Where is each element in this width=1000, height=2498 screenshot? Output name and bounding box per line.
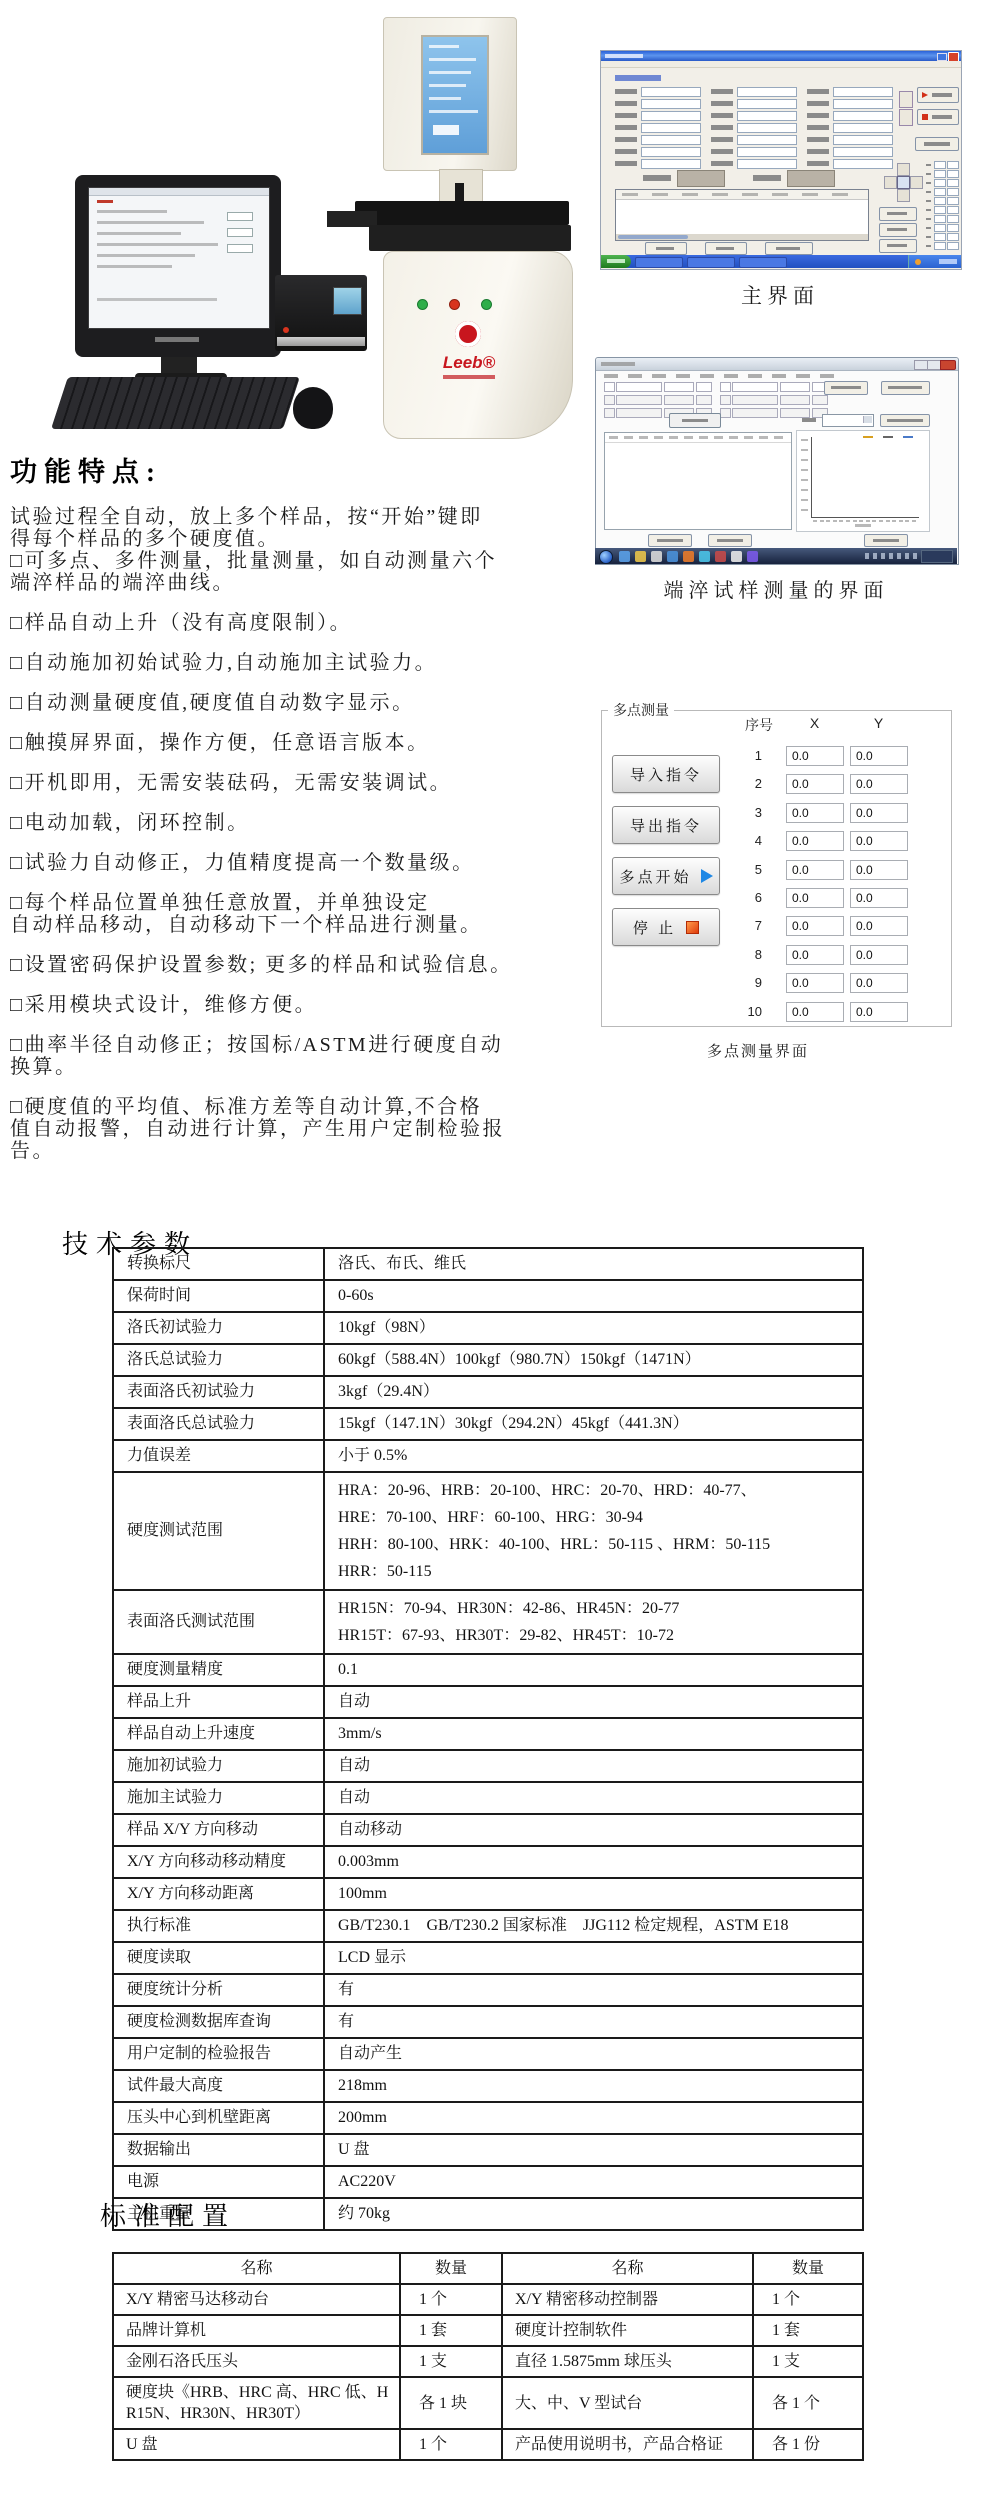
code-input[interactable] [664, 395, 694, 405]
side-box [227, 228, 253, 237]
y-tick-label [801, 509, 808, 511]
tech-param-name: 试件最大高度 [113, 2070, 324, 2102]
mp-x-input[interactable]: 0.0 [786, 945, 844, 965]
mini-y-input[interactable] [947, 197, 959, 205]
pc-monitor-brand [155, 337, 199, 342]
mp-x-input[interactable]: 0.0 [786, 916, 844, 936]
taskbar-button[interactable] [739, 257, 787, 268]
x-tick-label [899, 520, 903, 522]
y-tick-label [801, 459, 808, 461]
mini-x-input[interactable] [934, 242, 946, 250]
text-input[interactable] [833, 135, 893, 145]
config-item-name: 大、中、V 型试台 [502, 2377, 753, 2429]
tech-param-name: 施加初试验力 [113, 1750, 324, 1782]
mini-y-input[interactable] [947, 215, 959, 223]
mp-y-input[interactable]: 0.0 [850, 945, 908, 965]
mp-row-number: 3 [736, 805, 762, 820]
text-input[interactable] [737, 99, 797, 109]
tech-param-row: 硬度检测数据库查询有 [113, 2006, 863, 2038]
mini-y-input[interactable] [947, 188, 959, 196]
material-input[interactable] [616, 395, 662, 405]
tech-param-value: 自动移动 [324, 1814, 863, 1846]
mini-x-input[interactable] [934, 170, 946, 178]
mini-y-input[interactable] [947, 233, 959, 241]
text-input[interactable] [833, 159, 893, 169]
group-label [615, 75, 661, 81]
controller-strip [277, 337, 365, 346]
play-icon [701, 869, 713, 883]
taskbar-icons[interactable] [619, 551, 819, 562]
mp-x-input[interactable]: 0.0 [786, 774, 844, 794]
code-input[interactable] [780, 382, 810, 392]
text-input[interactable] [833, 99, 893, 109]
tech-param-value: 自动 [324, 1782, 863, 1814]
tech-param-value-line: HRE：70-100、HRF：60-100、HRG：30-94 [338, 1504, 854, 1531]
text-input[interactable] [641, 147, 701, 157]
tech-param-row: 样品自动上升速度3mm/s [113, 1718, 863, 1750]
import-points-button[interactable] [879, 223, 917, 237]
tech-param-name: 表面洛氏测试范围 [113, 1590, 324, 1654]
material-input[interactable] [732, 395, 778, 405]
mp-x-input[interactable]: 0.0 [786, 973, 844, 993]
tech-param-value: 60kgf（588.4N）100kgf（980.7N）150kgf（1471N） [324, 1344, 863, 1376]
taskbar-button[interactable] [635, 257, 683, 268]
export-points-button[interactable] [879, 239, 917, 253]
mp-row-number: 10 [736, 1004, 762, 1019]
mini-x-input[interactable] [934, 206, 946, 214]
mp-x-input[interactable]: 0.0 [786, 1002, 844, 1022]
label-blur [656, 247, 674, 250]
text-line-blur [97, 221, 204, 224]
y-tick-label [801, 439, 808, 441]
config-item-qty: 1 个 [400, 2284, 502, 2315]
screen-line [429, 110, 478, 113]
start-test-button[interactable] [669, 413, 721, 428]
text-input[interactable] [641, 159, 701, 169]
screen-line [429, 84, 466, 87]
controller-led [283, 327, 289, 333]
tech-param-value-line: HRR：50-115 [338, 1558, 854, 1585]
config-item-name: 品牌计算机 [113, 2315, 400, 2346]
tech-param-value: 0.003mm [324, 1846, 863, 1878]
tech-param-value: 小于 0.5% [324, 1440, 863, 1472]
taskbar-app-icon[interactable] [635, 551, 646, 562]
tech-param-row: 硬度测量精度0.1 [113, 1654, 863, 1686]
import-commands-button[interactable]: 导入指令 [612, 755, 720, 793]
field-label [615, 161, 637, 166]
controller-screen [333, 287, 362, 315]
column-header-blur [772, 193, 788, 196]
text-input[interactable] [641, 123, 701, 133]
tech-param-row: 洛氏总试验力60kgf（588.4N）100kgf（980.7N）150kgf（… [113, 1344, 863, 1376]
button-label: 导入指令 [630, 764, 702, 785]
bottom-row-blur [97, 298, 217, 301]
calibrate-button[interactable] [915, 137, 959, 151]
mini-y-input[interactable] [947, 224, 959, 232]
move-up-button[interactable] [899, 91, 913, 108]
form-header-blur [724, 374, 738, 378]
tech-param-name: 洛氏初试验力 [113, 1312, 324, 1344]
form-header-blur [652, 374, 666, 378]
label-blur [887, 419, 923, 422]
field-label [711, 149, 733, 154]
stop-icon [922, 114, 928, 120]
maximize-icon[interactable] [937, 53, 947, 61]
xp-start-button[interactable] [601, 255, 631, 268]
multipoint-start-button[interactable]: 多点开始 [612, 857, 720, 895]
parameter-form [615, 87, 901, 173]
clock [939, 259, 957, 264]
config-heading: 标准配置 [100, 2196, 236, 2233]
feature-item: □自动测量硬度值,硬度值自动数字显示。 [10, 692, 558, 714]
label-blur [682, 419, 708, 422]
tester-screen [421, 35, 489, 155]
config-item-name: 硬度计控制软件 [502, 2315, 753, 2346]
stop-button[interactable] [917, 109, 959, 125]
mp-row-number: 7 [736, 918, 762, 933]
field-label [615, 125, 637, 130]
x-tick-label [879, 520, 883, 522]
x-tick-label [820, 520, 824, 522]
tech-param-value: 有 [324, 2006, 863, 2038]
mini-x-input[interactable] [934, 179, 946, 187]
taskbar-app-icon[interactable] [667, 551, 678, 562]
standard-block-button[interactable] [881, 381, 930, 395]
label-blur [873, 539, 899, 542]
teach-button[interactable] [879, 207, 917, 221]
config-item-qty: 各 1 份 [753, 2429, 863, 2460]
jog-center-button[interactable] [897, 176, 910, 189]
label-blur [888, 386, 922, 389]
mini-x-input[interactable] [934, 224, 946, 232]
mp-column-header: X [786, 715, 843, 731]
print-button[interactable] [705, 242, 747, 255]
taskbar-buttons[interactable] [635, 257, 835, 266]
tech-param-row: 用户定制的检验报告自动产生 [113, 2038, 863, 2070]
text-input[interactable] [641, 111, 701, 121]
mp-y-input[interactable]: 0.0 [850, 831, 908, 851]
mini-x-input[interactable] [934, 188, 946, 196]
results-table[interactable] [615, 189, 869, 241]
mini-x-input[interactable] [934, 161, 946, 169]
tech-param-value: 3mm/s [324, 1718, 863, 1750]
start-button[interactable] [917, 87, 959, 103]
form-header-blur [796, 374, 810, 378]
mp-row-number: 5 [736, 862, 762, 877]
form-header-blur [604, 374, 618, 378]
material-input[interactable] [616, 382, 662, 392]
tech-param-value: 自动产生 [324, 2038, 863, 2070]
tech-param-name: 表面洛氏初试验力 [113, 1376, 324, 1408]
h-scrollbar[interactable] [616, 234, 868, 240]
export-commands-button[interactable]: 导出指令 [612, 806, 720, 844]
jog-right-button[interactable] [910, 176, 923, 189]
tech-param-value: GB/T230.1 GB/T230.2 国家标准 JJG112 检定规程，AST… [324, 1910, 863, 1942]
mouse [293, 387, 333, 429]
field-label [711, 101, 733, 106]
field-label [807, 125, 829, 130]
tech-param-value: 洛氏、布氏、维氏 [324, 1248, 863, 1280]
text-input[interactable] [737, 123, 797, 133]
stop-label-blur [932, 115, 952, 119]
xp-tray [908, 255, 961, 268]
column-header-blur [699, 436, 708, 439]
tech-param-value: 200mm [324, 2102, 863, 2134]
status-led-red [449, 299, 460, 310]
config-row: 硬度块《HRB、HRC 高、HRC 低、HR15N、HR30N、HR30T）各 … [113, 2377, 863, 2429]
tech-param-value: 15kgf（147.1N）30kgf（294.2N）45kgf（441.3N） [324, 1408, 863, 1440]
mini-x-input[interactable] [934, 215, 946, 223]
row-index-box [604, 395, 615, 405]
tech-param-name: 样品自动上升速度 [113, 1718, 324, 1750]
y-tick-label [801, 499, 808, 501]
w2-titlebar[interactable] [596, 358, 958, 371]
leeb-logo-subtext [443, 375, 495, 379]
field-label [807, 137, 829, 142]
mp-x-input[interactable]: 0.0 [786, 746, 844, 766]
taskbar-button[interactable] [687, 257, 735, 268]
text-input[interactable] [737, 111, 797, 121]
field-label [807, 89, 829, 94]
row-number-blur [926, 209, 931, 211]
text-input[interactable] [737, 159, 797, 169]
legend-swatch [903, 436, 913, 438]
red-text-blur [97, 200, 113, 203]
mp-y-input[interactable]: 0.0 [850, 888, 908, 908]
tech-param-row: 硬度读取LCD 显示 [113, 1942, 863, 1974]
text-input[interactable] [833, 111, 893, 121]
tech-param-row: 样品 X/Y 方向移动自动移动 [113, 1814, 863, 1846]
report-button[interactable] [765, 242, 813, 255]
material-condition-button[interactable] [824, 381, 868, 395]
stop-icon [686, 921, 699, 934]
tech-param-value-line: HR15T：67-93、HR30T：29-82、HR45T：10-72 [338, 1622, 854, 1649]
field-label [807, 161, 829, 166]
text-input[interactable] [833, 123, 893, 133]
label-blur [831, 386, 861, 389]
mp-y-input[interactable]: 0.0 [850, 1002, 908, 1022]
material-input[interactable] [732, 382, 778, 392]
taskbar-app-icon[interactable] [715, 551, 726, 562]
tester-base [383, 251, 573, 439]
form-header-blur [676, 374, 690, 378]
jog-down-button[interactable] [897, 189, 910, 202]
stop-button[interactable]: 停 止 [612, 908, 720, 946]
legend-swatch [883, 436, 893, 438]
mp-y-input[interactable]: 0.0 [850, 803, 908, 823]
legend-swatch [863, 436, 873, 438]
row-index-box [720, 408, 731, 418]
jominy-ui-screenshot [595, 357, 959, 565]
row-number-blur [926, 236, 931, 238]
tech-param-value: 100mm [324, 1878, 863, 1910]
screen-value-box [433, 125, 459, 135]
mp-y-input[interactable]: 0.0 [850, 973, 908, 993]
count-input[interactable] [696, 395, 712, 405]
main-ui-titlebar[interactable] [601, 51, 961, 61]
config-item-name: 硬度块《HRB、HRC 高、HRC 低、HR15N、HR30N、HR30T） [113, 2377, 400, 2429]
move-down-button[interactable] [899, 109, 913, 126]
main-ui-title-text [605, 54, 643, 58]
pc-monitor-screen [88, 187, 270, 329]
text-input[interactable] [737, 135, 797, 145]
keyboard [51, 377, 300, 429]
mp-y-input[interactable]: 0.0 [850, 916, 908, 936]
code-input[interactable] [780, 408, 810, 418]
field-label [711, 137, 733, 142]
code-input[interactable] [780, 395, 810, 405]
tech-param-row: 施加主试验力自动 [113, 1782, 863, 1814]
label-blur [887, 212, 907, 215]
delete-record-button[interactable] [648, 534, 692, 547]
feature-item: □设置密码保护设置参数; 更多的样品和试验信息。 [10, 954, 558, 976]
taskbar-app-icon[interactable] [651, 551, 662, 562]
tech-param-row: 保荷时间0-60s [113, 1280, 863, 1312]
status-led-green-2 [481, 299, 492, 310]
material-input[interactable] [732, 408, 778, 418]
mp-row-number: 2 [736, 776, 762, 791]
column-header-blur [714, 436, 723, 439]
row-number-blur [926, 218, 931, 220]
tech-param-name: 力值误差 [113, 1440, 324, 1472]
tech-params-table: 转换标尺洛氏、布氏、维氏保荷时间0-60s洛氏初试验力10kgf（98N）洛氏总… [112, 1247, 864, 2231]
mp-x-input[interactable]: 0.0 [786, 888, 844, 908]
text-input[interactable] [833, 147, 893, 157]
column-header-blur [742, 193, 758, 196]
mp-y-input[interactable]: 0.0 [850, 746, 908, 766]
field-label [711, 161, 733, 166]
xy-stage-plate [369, 225, 571, 251]
x-tick-label [833, 520, 837, 522]
taskbar-app-icon[interactable] [683, 551, 694, 562]
text-input[interactable] [641, 135, 701, 145]
text-input[interactable] [641, 99, 701, 109]
close-icon[interactable] [940, 360, 956, 370]
mini-y-input[interactable] [947, 170, 959, 178]
product-photo: Leeb® [25, 5, 570, 445]
button-label: 导出指令 [630, 815, 702, 836]
row-index-box [604, 382, 615, 392]
taskbar-app-icon[interactable] [731, 551, 742, 562]
multipoint-caption: 多点测量界面 [600, 1040, 916, 1061]
mp-x-input[interactable]: 0.0 [786, 803, 844, 823]
x-tick-label [853, 520, 857, 522]
export-record-button[interactable] [708, 534, 752, 547]
x-tick-label [872, 520, 876, 522]
product-datasheet-page: Leeb® [0, 0, 1000, 2498]
y-tick-label [801, 489, 808, 491]
config-row: X/Y 精密马达移动台1 个X/Y 精密移动控制器1 个 [113, 2284, 863, 2315]
material-input[interactable] [616, 408, 662, 418]
y-axis [811, 437, 812, 517]
row-number-blur [926, 245, 931, 247]
tech-param-name: 硬度读取 [113, 1942, 324, 1974]
jog-left-button[interactable] [884, 176, 897, 189]
multipoint-title: 多点测量 [608, 700, 674, 720]
tech-param-row: 数据输出U 盘 [113, 2134, 863, 2166]
mp-y-input[interactable]: 0.0 [850, 774, 908, 794]
tech-param-value: 10kgf（98N） [324, 1312, 863, 1344]
draw-curve-button[interactable] [880, 414, 930, 427]
mp-x-input[interactable]: 0.0 [786, 860, 844, 880]
tech-param-row: 洛氏初试验力10kgf（98N） [113, 1312, 863, 1344]
text-line-blur [97, 254, 195, 257]
tech-param-value: HRA：20-96、HRB：20-100、HRC：20-70、HRD：40-77… [324, 1472, 863, 1590]
mini-x-input[interactable] [934, 197, 946, 205]
config-table: 名称数量名称数量 X/Y 精密马达移动台1 个X/Y 精密移动控制器1 个品牌计… [112, 2252, 864, 2461]
text-input[interactable] [641, 87, 701, 97]
config-column-header: 数量 [753, 2253, 863, 2284]
row-index-box [604, 408, 615, 418]
jominy-results-table[interactable] [604, 432, 792, 530]
save-button[interactable] [645, 242, 687, 255]
x-tick-label [866, 520, 870, 522]
count-input[interactable] [696, 382, 712, 392]
count-input[interactable] [812, 395, 828, 405]
text-line-blur [97, 243, 218, 246]
minimize-icon[interactable] [914, 360, 928, 370]
start-orb-icon[interactable] [599, 550, 613, 564]
field-label [615, 113, 637, 118]
main-ui-caption: 主界面 [600, 280, 960, 310]
sample-value-box [787, 170, 835, 187]
text-input[interactable] [833, 87, 893, 97]
scrollbar-thumb[interactable] [618, 235, 688, 239]
menu-bar[interactable] [601, 61, 961, 68]
taskbar-app-icon[interactable] [619, 551, 630, 562]
config-column-header: 名称 [502, 2253, 753, 2284]
config-row: 品牌计算机1 套硬度计控制软件1 套 [113, 2315, 863, 2346]
mp-y-input[interactable]: 0.0 [850, 860, 908, 880]
tech-param-name: 硬度统计分析 [113, 1974, 324, 2006]
mp-x-input[interactable]: 0.0 [786, 831, 844, 851]
mini-y-input[interactable] [947, 161, 959, 169]
maximize-icon[interactable] [927, 360, 941, 370]
text-input[interactable] [737, 147, 797, 157]
mini-x-input[interactable] [934, 233, 946, 241]
number-dropdown[interactable] [822, 414, 874, 427]
tech-param-value: LCD 显示 [324, 1942, 863, 1974]
y-tick-label [801, 449, 808, 451]
export-curve-button[interactable] [864, 534, 908, 547]
win7-taskbar[interactable] [595, 548, 957, 564]
tech-param-value: 0-60s [324, 1280, 863, 1312]
taskbar-app-icon[interactable] [747, 551, 758, 562]
tech-param-value: AC220V [324, 2166, 863, 2198]
taskbar-app-icon[interactable] [699, 551, 710, 562]
text-input[interactable] [737, 87, 797, 97]
tech-param-row: 硬度统计分析有 [113, 1974, 863, 2006]
mini-y-input[interactable] [947, 242, 959, 250]
config-item-name: 金刚石洛氏压头 [113, 2346, 400, 2377]
xy-stage [355, 201, 569, 225]
tray-icons [865, 553, 917, 559]
tech-param-name: 压头中心到机壁距离 [113, 2102, 324, 2134]
config-item-name: X/Y 精密移动控制器 [502, 2284, 753, 2315]
jog-up-button[interactable] [897, 163, 910, 176]
code-input[interactable] [664, 382, 694, 392]
tech-param-value-line: HRA：20-96、HRB：20-100、HRC：20-70、HRD：40-77… [338, 1477, 854, 1504]
jominy-curve-chart [796, 430, 930, 532]
column-header-blur [744, 436, 753, 439]
mini-y-input[interactable] [947, 179, 959, 187]
mini-y-input[interactable] [947, 206, 959, 214]
xp-taskbar[interactable] [601, 255, 961, 268]
config-item-qty: 1 套 [400, 2315, 502, 2346]
column-header-blur [654, 436, 663, 439]
row-index-box [720, 395, 731, 405]
tech-param-name: 表面洛氏总试验力 [113, 1408, 324, 1440]
